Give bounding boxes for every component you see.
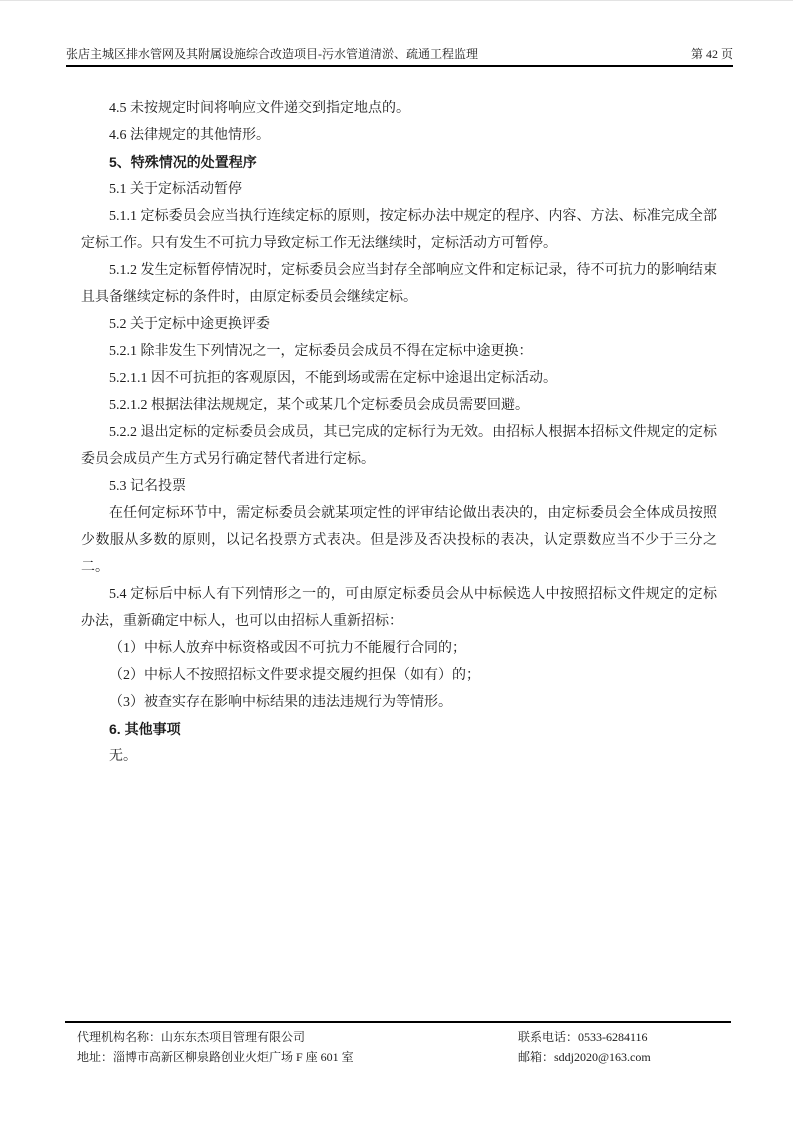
header-page-number: 第 42 页 [691, 47, 733, 62]
document-body: 4.5 未按规定时间将响应文件递交到指定地点的。 4.6 法律规定的其他情形。 … [81, 95, 717, 770]
clause-5-2: 5.2 关于定标中途更换评委 [81, 311, 717, 338]
list-item-1: （1）中标人放弃中标资格或因不可抗力不能履行合同的； [81, 635, 717, 662]
clause-5-2-1-2: 5.2.1.2 根据法律法规规定，某个或某几个定标委员会成员需要回避。 [81, 392, 717, 419]
clause-5-3: 5.3 记名投票 [81, 473, 717, 500]
clause-5-3-body: 在任何定标环节中，需定标委员会就某项定性的评审结论做出表决的，由定标委员会全体成… [81, 500, 717, 581]
clause-6-body: 无。 [81, 743, 717, 770]
list-item-3: （3）被查实存在影响中标结果的违法违规行为等情形。 [81, 689, 717, 716]
clause-5-2-1-1: 5.2.1.1 因不可抗拒的客观原因，不能到场或需在定标中途退出定标活动。 [81, 365, 717, 392]
clause-5-4: 5.4 定标后中标人有下列情形之一的，可由原定标委员会从中标候选人中按照招标文件… [81, 581, 717, 635]
clause-5-1-2: 5.1.2 发生定标暂停情况时，定标委员会应当封存全部响应文件和定标记录，待不可… [81, 257, 717, 311]
footer-agency-name: 代理机构名称：山东东杰项目管理有限公司 [65, 1027, 518, 1047]
footer-address: 地址：淄博市高新区柳泉路创业火炬广场 F 座 601 室 [65, 1047, 518, 1067]
clause-4-5: 4.5 未按规定时间将响应文件递交到指定地点的。 [81, 95, 717, 122]
page-header: 张店主城区排水管网及其附属设施综合改造项目-污水管道清淤、疏通工程监理 第 42… [66, 47, 733, 67]
section-6-heading: 6. 其他事项 [81, 716, 717, 743]
footer-phone: 联系电话：0533-6284116 [518, 1027, 731, 1047]
footer-row-1: 代理机构名称：山东东杰项目管理有限公司 联系电话：0533-6284116 [65, 1027, 731, 1047]
footer-email: 邮箱：sddj2020@163.com [518, 1047, 731, 1067]
section-5-heading: 5、特殊情况的处置程序 [81, 149, 717, 176]
clause-5-1-1: 5.1.1 定标委员会应当执行连续定标的原则，按定标办法中规定的程序、内容、方法… [81, 203, 717, 257]
clause-4-6: 4.6 法律规定的其他情形。 [81, 122, 717, 149]
list-item-2: （2）中标人不按照招标文件要求提交履约担保（如有）的； [81, 662, 717, 689]
clause-5-2-2: 5.2.2 退出定标的定标委员会成员，其已完成的定标行为无效。由招标人根据本招标… [81, 419, 717, 473]
clause-5-1: 5.1 关于定标活动暂停 [81, 176, 717, 203]
footer-row-2: 地址：淄博市高新区柳泉路创业火炬广场 F 座 601 室 邮箱：sddj2020… [65, 1047, 731, 1067]
page-footer: 代理机构名称：山东东杰项目管理有限公司 联系电话：0533-6284116 地址… [65, 1021, 731, 1067]
document-page: 张店主城区排水管网及其附属设施综合改造项目-污水管道清淤、疏通工程监理 第 42… [0, 0, 793, 1122]
header-project-title: 张店主城区排水管网及其附属设施综合改造项目-污水管道清淤、疏通工程监理 [66, 47, 478, 62]
scan-edge-line [0, 0, 793, 1]
clause-5-2-1: 5.2.1 除非发生下列情况之一，定标委员会成员不得在定标中途更换： [81, 338, 717, 365]
